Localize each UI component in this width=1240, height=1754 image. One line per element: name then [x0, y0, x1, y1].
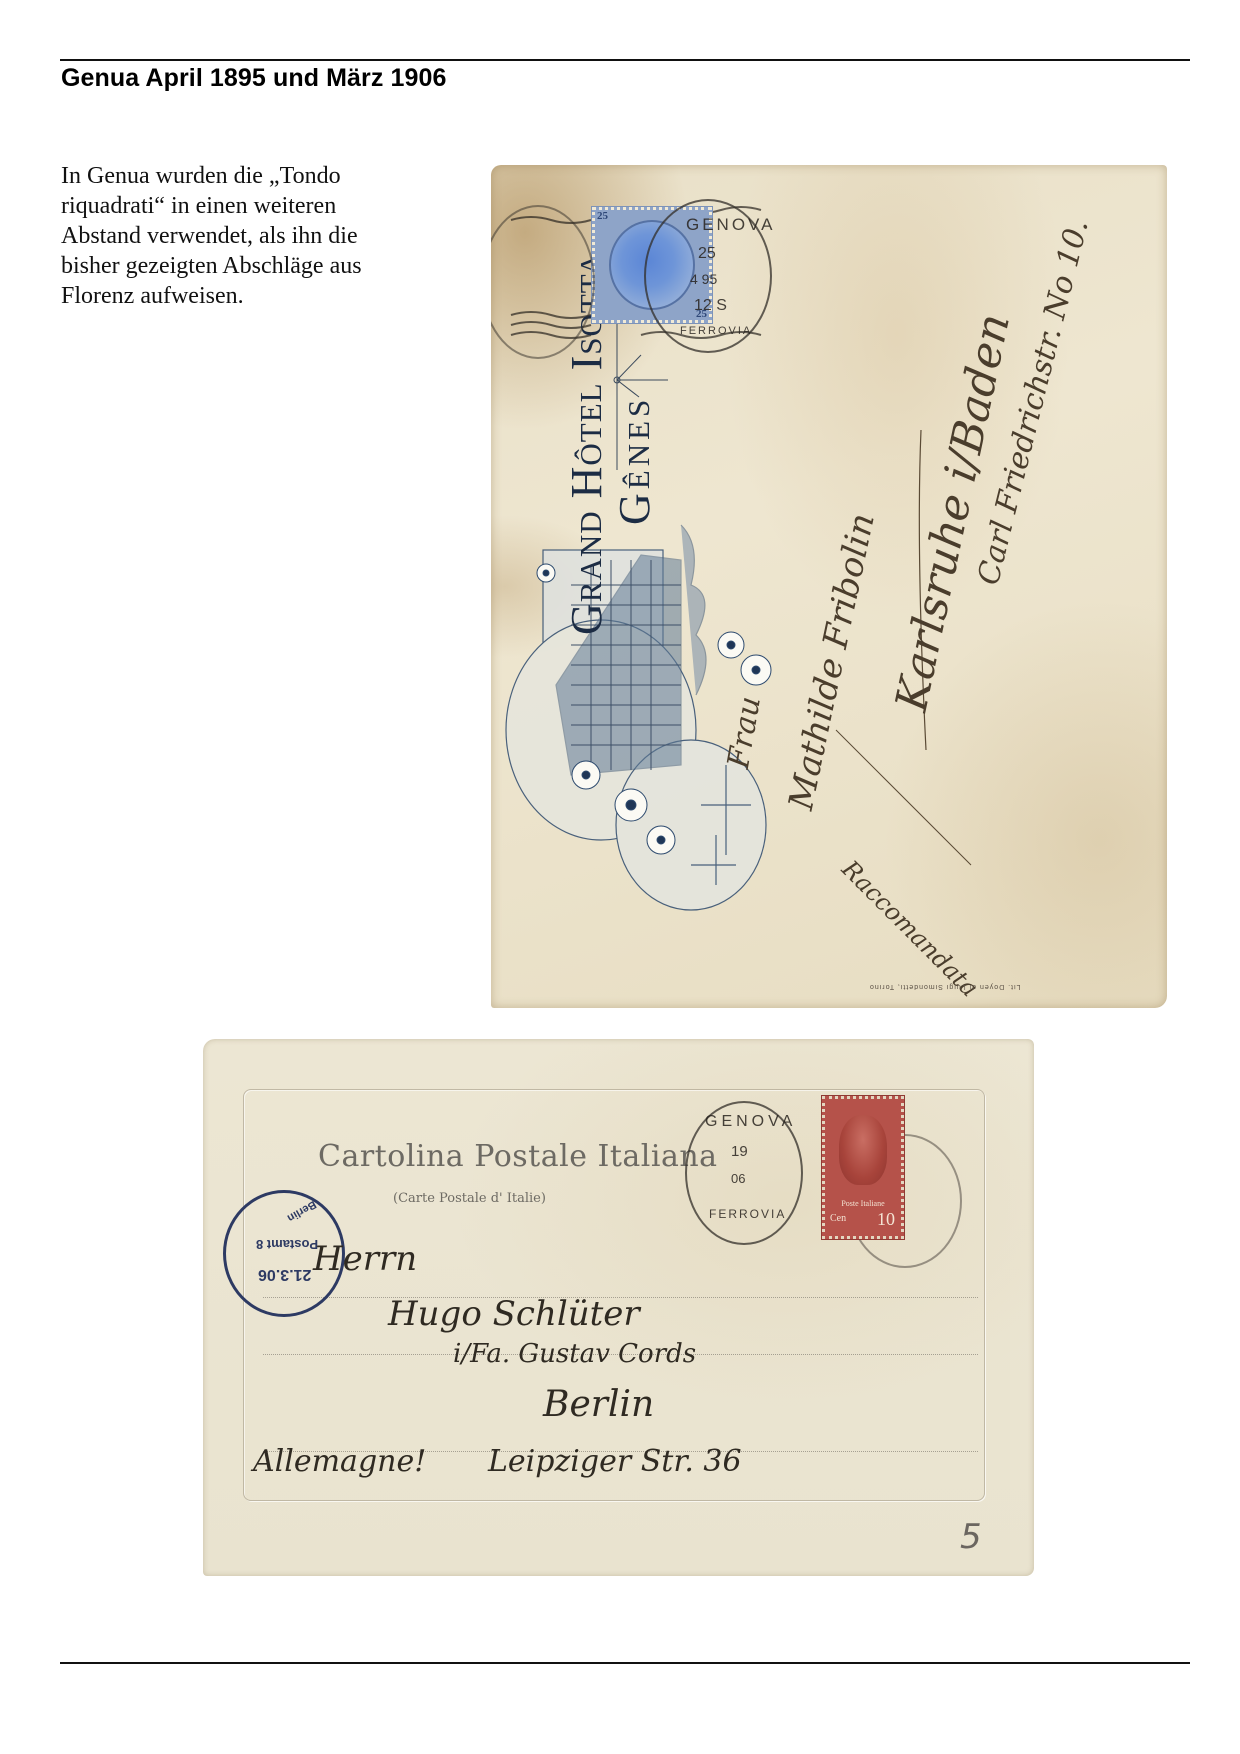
postmark-year: 06: [731, 1171, 745, 1186]
postmark-city: GENOVA: [686, 215, 775, 235]
page-title: Genua April 1895 und März 1906: [61, 64, 447, 93]
description-line: Abstand verwendet, als ihn die: [61, 221, 441, 251]
postmark-day: 25: [698, 245, 716, 263]
postmark-date: 21.3.06: [258, 1265, 311, 1283]
printer-imprint: Lit. Doyen di Luigi Simondetti, Torino: [869, 983, 1021, 990]
stamp-10-cent-red: Poste Italiane Cen 10: [822, 1096, 904, 1239]
address-line: Berlin: [543, 1384, 654, 1425]
postmark-time: 12 S: [694, 297, 727, 315]
stamp-value: 25: [597, 210, 608, 222]
description-line: riquadrati“ in einen weiteren: [61, 191, 441, 221]
address-line: Herrn: [313, 1239, 417, 1279]
pencil-page-number: 5: [960, 1517, 982, 1557]
postcard-subheading: (Carte Postale d' Italie): [393, 1191, 546, 1206]
postcard-heading: Cartolina Postale Italiana: [318, 1139, 718, 1174]
postmark-office: Postamt 8: [256, 1237, 318, 1252]
envelope-image: Grand Hôtel Isotta Gênes 25 25 GENOVA 25…: [491, 165, 1167, 1008]
postmark-date: 4 95: [690, 271, 717, 287]
stamp-value: 10: [877, 1209, 895, 1230]
description-line: bisher gezeigten Abschläge aus: [61, 251, 441, 281]
postmark-bottom: FERROVIA: [709, 1207, 786, 1221]
postmark-city: GENOVA: [705, 1113, 796, 1131]
king-portrait-icon: [839, 1115, 887, 1185]
address-line: Leipziger Str. 36: [488, 1444, 742, 1479]
postmark-genova-1906: GENOVA 19 06 FERROVIA: [685, 1101, 803, 1245]
country-note: Allemagne!: [253, 1444, 426, 1479]
postmark-bottom: FERROVIA: [680, 325, 752, 337]
postmark-city: Berlin: [285, 1198, 318, 1224]
address-line: i/Fa. Gustav Cords: [453, 1339, 696, 1369]
top-rule: [60, 59, 1190, 61]
postcard-image: Cartolina Postale Italiana (Carte Postal…: [203, 1039, 1034, 1576]
postmark-genova-1895: GENOVA 25 4 95 12 S FERROVIA: [644, 199, 772, 353]
postmark-day: 19: [731, 1143, 748, 1160]
description-line: In Genua wurden die „Tondo: [61, 161, 441, 191]
description-line: Florenz aufweisen.: [61, 281, 441, 311]
hotel-city: Gênes: [609, 396, 660, 525]
bottom-rule: [60, 1662, 1190, 1664]
address-line: Hugo Schlüter: [388, 1294, 640, 1334]
description-text: In Genua wurden die „Tondo riquadrati“ i…: [61, 161, 441, 311]
stamp-country: Poste Italiane: [828, 1199, 898, 1208]
stamp-currency: Cen: [830, 1213, 846, 1224]
